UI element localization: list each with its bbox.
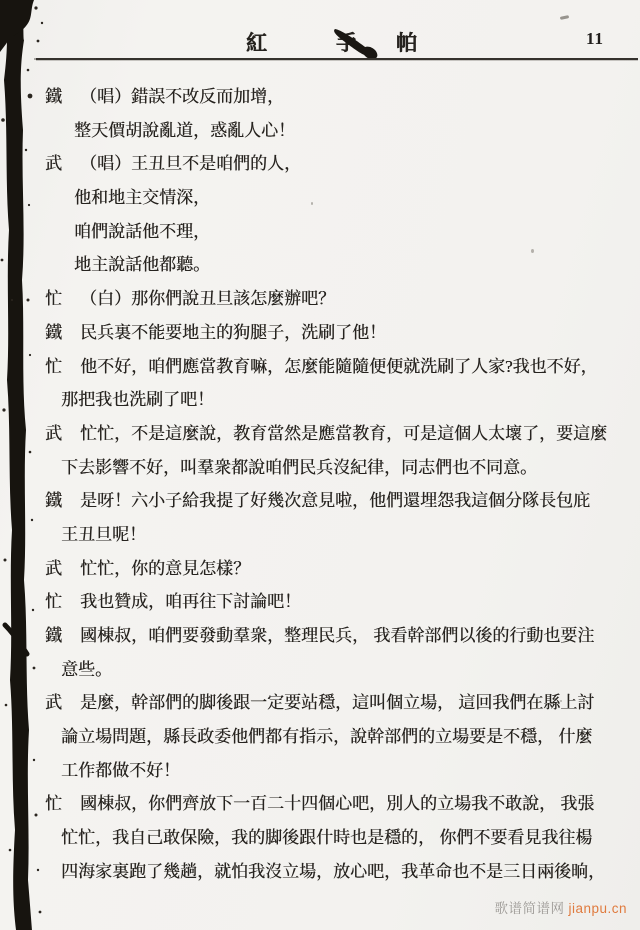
- line-text: 王丑旦呢！: [61, 518, 146, 552]
- speaker-label: 忙: [45, 282, 80, 316]
- script-line: 四海家裏跑了幾趟，就怕我沒立場，放心吧，我革命也不是三日兩後晌，: [0, 855, 640, 889]
- line-text: 論立場問題，縣長政委他們都有指示，說幹部們的立場要是不穩， 什麼: [61, 720, 592, 754]
- line-text: 是麼，幹部們的脚後跟一定要站穩，這叫個立場， 這回我們在縣上討: [80, 686, 594, 720]
- script-line: 鐵 是呀！六小子給我提了好幾次意見啦，他們還埋怨我這個分隊長包庇: [0, 484, 640, 518]
- line-text: 忙忙，你的意見怎樣？: [80, 552, 250, 586]
- speaker-label: 鐵: [45, 80, 80, 114]
- scanned-book-page: 紅 手 帕 11 鐵 （唱）錯誤不改反而加增， 整天價胡說亂道，惑亂人心！ 武: [0, 0, 640, 930]
- script-line: 意些。: [0, 653, 640, 687]
- line-text: 下去影響不好，叫羣衆都說咱們民兵沒紀律，同志們也不同意。: [61, 451, 537, 485]
- line-text: 國棟叔，你們齊放下一百二十四個心吧，別人的立場我不敢說， 我張: [80, 787, 594, 821]
- script-line: 忙 （白）那你們說丑旦該怎麼辦吧？: [0, 282, 640, 316]
- speaker-label: 忙: [45, 787, 80, 821]
- speaker-label: 武: [45, 417, 80, 451]
- speaker-label: 武: [45, 686, 80, 720]
- watermark-site-name: 歌谱简谱网: [494, 901, 564, 916]
- script-line: 忙忙，我自己敢保險，我的脚後跟什時也是穩的， 你們不要看見我往楊: [0, 821, 640, 855]
- script-line: 鐵 民兵裏不能要地主的狗腿子，洗刷了他！: [0, 316, 640, 350]
- script-line: 工作都做不好！: [0, 754, 640, 788]
- script-line: 論立場問題，縣長政委他們都有指示，說幹部們的立場要是不穩， 什麼: [0, 720, 640, 754]
- script-line: 他和地主交情深，: [0, 181, 640, 215]
- header-rule: [36, 58, 638, 60]
- line-text: （唱）王丑旦不是咱們的人，: [80, 147, 301, 181]
- script-line: 地主說話他都聽。: [0, 248, 640, 282]
- script-line: 鐵 國棟叔，咱們要發動羣衆，整理民兵， 我看幹部們以後的行動也要注: [0, 619, 640, 653]
- script-line: 武 忙忙，你的意見怎樣？: [0, 552, 640, 586]
- speaker-label: 武: [45, 147, 80, 181]
- line-text: 忙忙，不是這麼說，教育當然是應當教育，可是這個人太壞了，要這麼: [80, 417, 607, 451]
- speaker-label: 武: [45, 552, 80, 586]
- speaker-label: 鐵: [45, 484, 80, 518]
- title-char-3: 帕: [396, 27, 417, 57]
- speaker-label: 鐵: [45, 619, 80, 653]
- script-line: 王丑旦呢！: [0, 518, 640, 552]
- watermark-site-url: jianpu.cn: [568, 901, 627, 916]
- script-line: 武 是麼，幹部們的脚後跟一定要站穩，這叫個立場， 這回我們在縣上討: [0, 686, 640, 720]
- page-header: 紅 手 帕: [0, 27, 640, 53]
- script-line: 忙 國棟叔，你們齊放下一百二十四個心吧，別人的立場我不敢說， 我張: [0, 787, 640, 821]
- line-text: 是呀！六小子給我提了好幾次意見啦，他們還埋怨我這個分隊長包庇: [80, 484, 590, 518]
- speaker-label: 忙: [45, 350, 80, 384]
- line-text: 咱們說話他不理，: [74, 215, 210, 249]
- script-line: 忙 他不好，咱們應當教育嘛，怎麼能隨隨便便就洗刷了人家?我也不好，: [0, 350, 640, 384]
- title-char-1: 紅: [246, 27, 267, 57]
- line-text: 四海家裏跑了幾趟，就怕我沒立場，放心吧，我革命也不是三日兩後晌，: [61, 855, 605, 889]
- script-line: 整天價胡說亂道，惑亂人心！: [0, 114, 640, 148]
- line-text: （白）那你們說丑旦該怎麼辦吧？: [80, 282, 335, 316]
- line-text: 那把我也洗刷了吧！: [61, 383, 214, 417]
- speaker-label: 忙: [45, 585, 80, 619]
- line-text: 他和地主交情深，: [74, 181, 210, 215]
- line-text: 忙忙，我自己敢保險，我的脚後跟什時也是穩的， 你們不要看見我往楊: [61, 821, 592, 855]
- line-text: 我也贊成，咱再往下討論吧！: [80, 585, 301, 619]
- script-line: 鐵 （唱）錯誤不改反而加增，: [0, 80, 640, 114]
- ink-smudge-artifact: [328, 23, 384, 63]
- line-text: 整天價胡說亂道，惑亂人心！: [74, 114, 295, 148]
- line-text: 他不好，咱們應當教育嘛，怎麼能隨隨便便就洗刷了人家?我也不好，: [80, 350, 598, 384]
- page-number: 11: [586, 29, 604, 49]
- line-text: 國棟叔，咱們要發動羣衆，整理民兵， 我看幹部們以後的行動也要注: [80, 619, 594, 653]
- line-text: （唱）錯誤不改反而加增，: [80, 80, 284, 114]
- script-line: 忙 我也贊成，咱再往下討論吧！: [0, 585, 640, 619]
- scan-speck-artifact: [560, 15, 569, 20]
- line-text: 民兵裏不能要地主的狗腿子，洗刷了他！: [80, 316, 386, 350]
- line-text: 地主說話他都聽。: [74, 248, 210, 282]
- script-line: 那把我也洗刷了吧！: [0, 383, 640, 417]
- line-text: 意些。: [61, 653, 112, 687]
- script-text: 鐵 （唱）錯誤不改反而加增， 整天價胡說亂道，惑亂人心！ 武 （唱）王丑旦不是咱…: [0, 80, 640, 889]
- watermark: 歌谱简谱网jianpu.cn: [494, 897, 627, 917]
- script-line: 咱們說話他不理，: [0, 215, 640, 249]
- script-line: 武 （唱）王丑旦不是咱們的人，: [0, 147, 640, 181]
- script-line: 武 忙忙，不是這麼說，教育當然是應當教育，可是這個人太壞了，要這麼: [0, 417, 640, 451]
- script-line: 下去影響不好，叫羣衆都說咱們民兵沒紀律，同志們也不同意。: [0, 451, 640, 485]
- speaker-label: 鐵: [45, 316, 80, 350]
- line-text: 工作都做不好！: [61, 754, 180, 788]
